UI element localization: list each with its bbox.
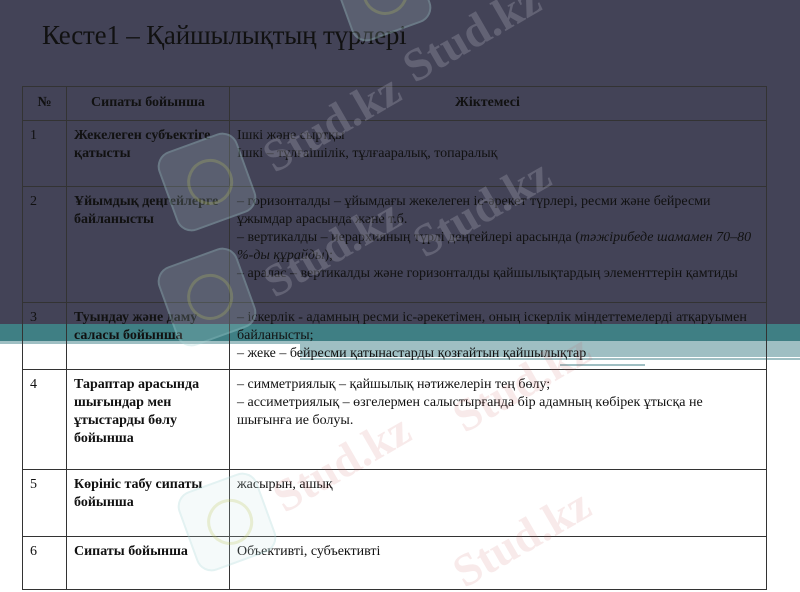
row-number: 3 [23, 303, 67, 370]
row-property: Тараптар арасында шығындар мен ұтыстарды… [67, 370, 230, 470]
classification-line: – іскерлік - адамның ресми іс-әрекетімен… [237, 309, 759, 345]
row-property: Туындау және даму саласы бойынша [67, 303, 230, 370]
row-classification: – симметриялық – қайшылық нәтижелерін те… [230, 370, 767, 470]
table-row: 3Туындау және даму саласы бойынша– іскер… [23, 303, 767, 370]
row-classification: – іскерлік - адамның ресми іс-әрекетімен… [230, 303, 767, 370]
header-property: Сипаты бойынша [67, 87, 230, 121]
row-classification: Объективті, субъективті [230, 537, 767, 590]
classification-line: – аралас – вертикалды және горизонталды … [237, 265, 759, 283]
classification-line: – жеке – бейресми қатынастарды қозғайтын… [237, 345, 759, 363]
row-classification: жасырын, ашық [230, 470, 767, 537]
row-number: 6 [23, 537, 67, 590]
row-number: 2 [23, 187, 67, 303]
table-header-row: № Сипаты бойынша Жіктемесі [23, 87, 767, 121]
classification-line: жасырын, ашық [237, 476, 759, 494]
row-property: Көрініс табу сипаты бойынша [67, 470, 230, 537]
classification-line: Ішкі және сыртқы [237, 127, 759, 145]
classification-line: Ішкі – тұлғаішілік, тұлғааралық, топарал… [237, 145, 759, 163]
classification-line: – вертикалды – иерархияның түрлі деңгейл… [237, 229, 759, 265]
row-classification: – горизонталды – ұйымдағы жекелеген іс-ә… [230, 187, 767, 303]
row-property: Жекелеген субъектіге қатысты [67, 121, 230, 187]
table-row: 1Жекелеген субъектіге қатыстыІшкі және с… [23, 121, 767, 187]
slide-title: Кесте1 – Қайшылықтың түрлері [42, 20, 406, 51]
classification-line: Объективті, субъективті [237, 543, 759, 561]
row-classification: Ішкі және сыртқыІшкі – тұлғаішілік, тұлғ… [230, 121, 767, 187]
header-num: № [23, 87, 67, 121]
row-number: 1 [23, 121, 67, 187]
table-row: 5Көрініс табу сипаты бойыншажасырын, ашы… [23, 470, 767, 537]
row-number: 4 [23, 370, 67, 470]
row-property: Ұйымдық деңгейлерге байланысты [67, 187, 230, 303]
row-number: 5 [23, 470, 67, 537]
classification-line: – симметриялық – қайшылық нәтижелерін те… [237, 376, 759, 394]
row-property: Сипаты бойынша [67, 537, 230, 590]
conflict-types-table: № Сипаты бойынша Жіктемесі 1Жекелеген су… [22, 86, 767, 590]
classification-line: – ассиметриялық – өзгелермен салыстырған… [237, 394, 759, 430]
table-row: 2Ұйымдық деңгейлерге байланысты– горизон… [23, 187, 767, 303]
header-classification: Жіктемесі [230, 87, 767, 121]
table-row: 6Сипаты бойыншаОбъективті, субъективті [23, 537, 767, 590]
table-row: 4Тараптар арасында шығындар мен ұтыстард… [23, 370, 767, 470]
classification-line: – горизонталды – ұйымдағы жекелеген іс-ә… [237, 193, 759, 229]
